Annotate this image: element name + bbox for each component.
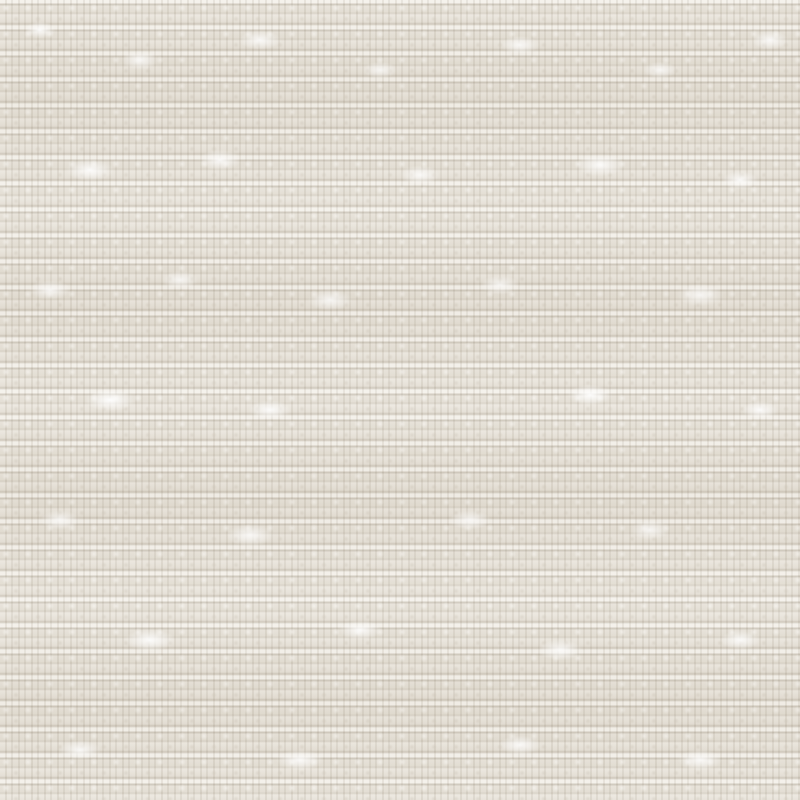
tonal-banding — [0, 0, 800, 800]
boucle-fabric-texture — [0, 0, 800, 800]
